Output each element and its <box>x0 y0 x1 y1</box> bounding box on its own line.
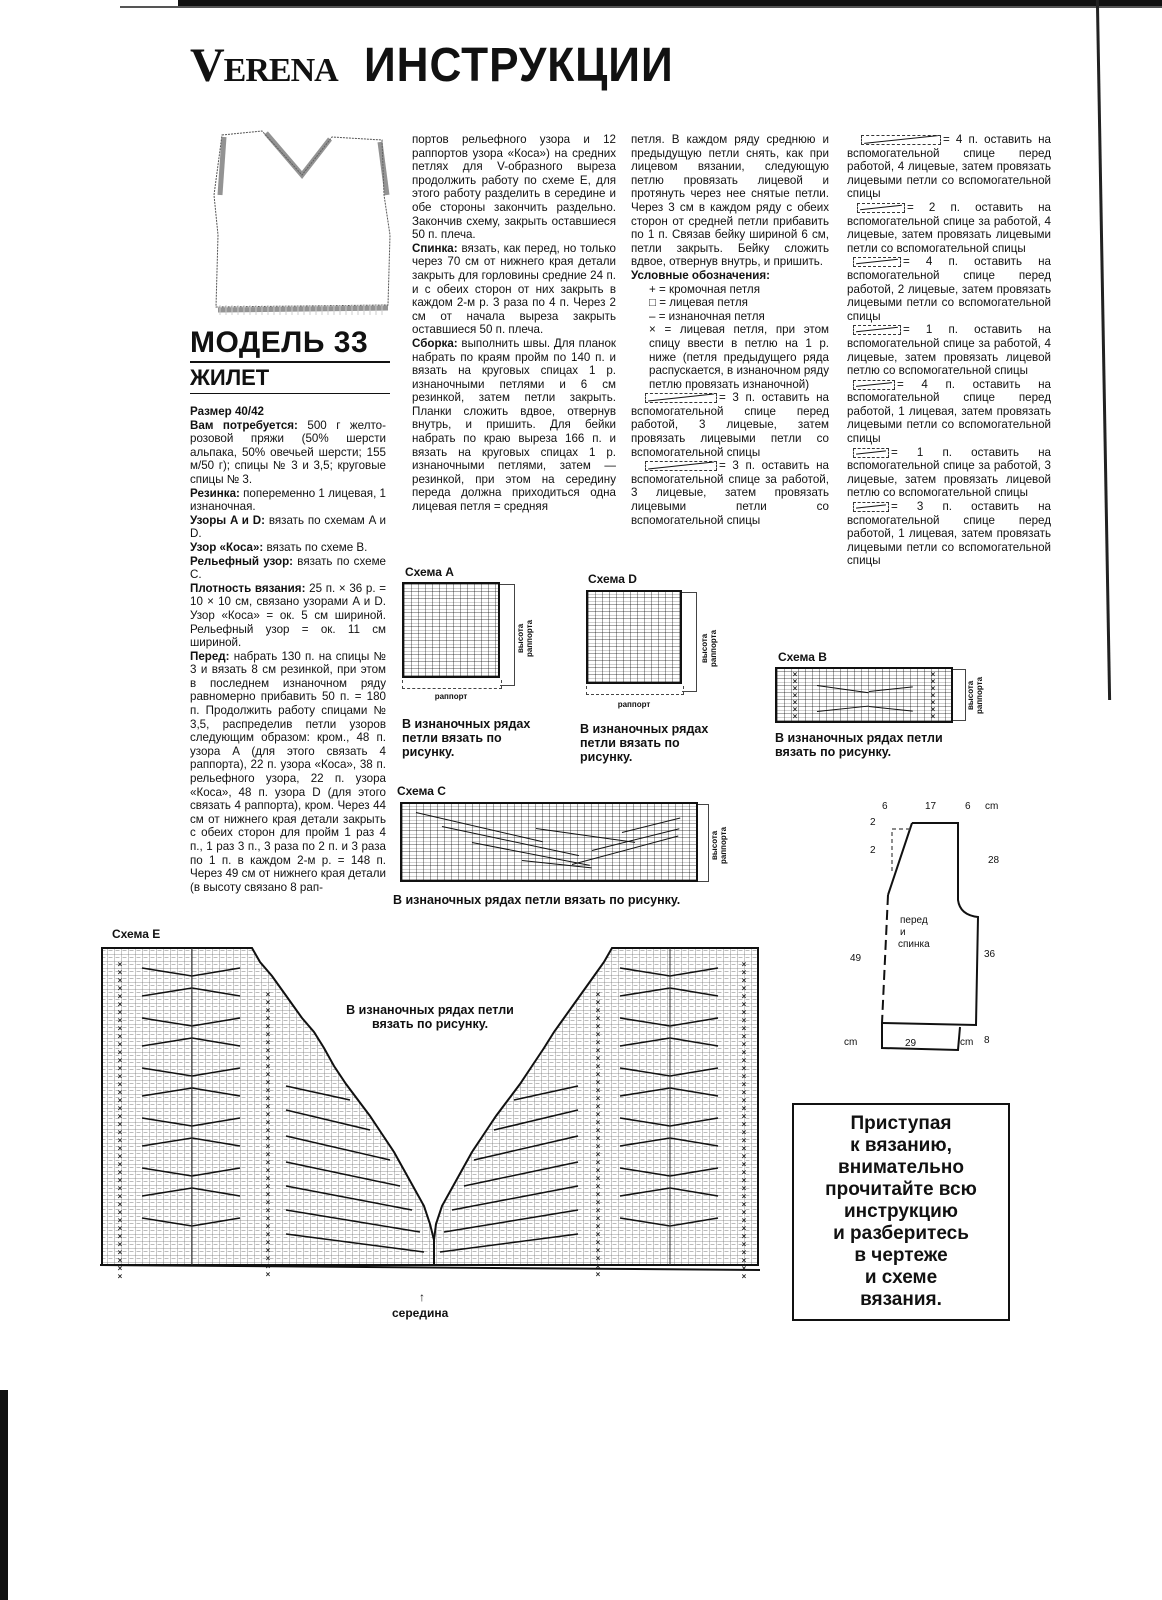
scheme-a-width-label: раппорт <box>402 692 500 701</box>
scheme-d-label: Схема D <box>588 572 637 586</box>
scheme-c-label: Схема C <box>397 784 446 798</box>
scheme-b-height-label: высота раппорта <box>966 670 984 720</box>
scheme-e-label: Схема E <box>112 927 160 941</box>
svg-text:28: 28 <box>988 855 1000 866</box>
tuck-stitch-icon: × <box>649 323 656 336</box>
scheme-e-note: В изнаночных рядах петли вязать по рисун… <box>340 1003 520 1031</box>
legend-item: □ = лицевая петля <box>631 296 829 310</box>
instructions-column-1: Размер 40/42 Вам потребуется: 500 г желт… <box>190 405 386 894</box>
garment-type: ЖИЛЕТ <box>190 363 390 394</box>
cable-cross-front-icon <box>645 393 717 403</box>
scheme-b-note: В изнаночных рядах петли вязать по рисун… <box>775 731 975 759</box>
cable-cross-line <box>536 828 635 843</box>
reminder-callout: Приступая к вязанию, внимательно прочита… <box>792 1103 1010 1321</box>
scheme-d-note: В изнаночных рядах петли вязать по рисун… <box>580 722 730 764</box>
cable-cross-back-icon <box>645 461 717 471</box>
instructions-column-3: петля. В каждом ряду среднюю и предыдущу… <box>631 133 829 527</box>
back-text: вязать, как перед, но только через 70 см… <box>412 242 616 337</box>
scan-edge-right <box>1096 0 1111 700</box>
scheme-e-chart: ××××××××××××××××××××××××××××××××××××××××… <box>100 940 760 1285</box>
svg-text:17: 17 <box>925 801 937 812</box>
svg-text:cm: cm <box>844 1037 857 1048</box>
brand-logo: VERENA <box>190 52 338 89</box>
pattern-piece-diagram: 6 17 6 cm 2 2 49 28 36 8 cm 29 cm перед … <box>840 795 1010 1055</box>
svg-text:перед: перед <box>900 915 928 926</box>
svg-text:29: 29 <box>905 1038 917 1049</box>
scheme-c-chart <box>400 802 698 882</box>
svg-text:cm: cm <box>960 1037 973 1048</box>
front-text: набрать 130 п. на спицы № 3 и вязать 8 с… <box>190 650 386 894</box>
cable-cross-line <box>869 686 913 692</box>
cable-cross-line <box>416 812 543 842</box>
cable-1-back-icon <box>853 325 901 335</box>
scheme-d-chart <box>586 590 682 684</box>
scheme-e-center-label: середина <box>392 1306 448 1320</box>
svg-text:××××××××××××××××××××××××××××××: ×××××××××××××××××××××××××××××××××××× <box>594 990 603 1278</box>
size-label: Размер 40/42 <box>190 405 264 418</box>
scheme-d-height-bracket <box>682 592 697 692</box>
scheme-d-width-label: раппорт <box>586 700 682 709</box>
scheme-a-chart <box>402 582 500 678</box>
tuck-stitch-column: ××××××× <box>929 671 937 721</box>
legend-item: × = лицевая петля, при этом спицу ввести… <box>631 323 829 391</box>
cable-cross-line <box>869 706 913 712</box>
cable-4-front-icon <box>853 380 895 390</box>
legend-title: Условные обозначения: <box>631 269 770 282</box>
cable-cross-line <box>817 706 869 712</box>
svg-text:49: 49 <box>850 953 862 964</box>
legend-item: = 3 п. оставить на вспомогательной спице… <box>631 391 829 459</box>
purl-stitch-icon: – <box>649 310 655 323</box>
model-number: МОДЕЛЬ 33 <box>190 326 390 363</box>
svg-text:2: 2 <box>870 845 876 856</box>
scheme-d-height-label: высота раппорта <box>700 618 718 678</box>
svg-text:8: 8 <box>984 1035 990 1046</box>
center-arrow-icon: ↑ <box>419 1290 425 1304</box>
cable-4-front-icon <box>853 257 901 267</box>
edge-stitch-icon: + <box>649 283 656 296</box>
svg-text:6: 6 <box>965 801 971 812</box>
svg-text:и: и <box>900 927 906 938</box>
svg-text:36: 36 <box>984 949 996 960</box>
legend-item: = 4 п. оставить на вспомогательной спице… <box>847 133 1051 201</box>
scheme-c-height-bracket <box>698 804 709 882</box>
scheme-d-width-bracket <box>586 686 684 695</box>
svg-text:cm: cm <box>985 801 998 812</box>
scan-edge-left <box>0 1390 8 1600</box>
legend-item: = 1 п. оставить на вспомогательной спице… <box>847 323 1051 377</box>
cable-1-back-icon <box>853 448 889 458</box>
scheme-b-chart: ××××××× ××××××× <box>775 667 953 723</box>
scheme-b-label: Схема B <box>778 650 827 664</box>
cable-2-back-icon <box>857 203 905 213</box>
scheme-c-height-label: высота раппорта <box>710 820 728 870</box>
scheme-a-label: Схема A <box>405 565 454 579</box>
instructions-column-2: портов рельефного узора и 12 раппортов у… <box>412 133 616 514</box>
knit-stitch-icon: □ <box>649 296 656 309</box>
page-header: VERENA ИНСТРУКЦИИ <box>190 38 701 93</box>
svg-text:××××××××××××××××××××××××××××××: ×××××××××××××××××××××××××××××××××××× <box>264 990 273 1278</box>
svg-text:6: 6 <box>882 801 888 812</box>
scheme-a-width-bracket <box>402 680 502 689</box>
legend-item: = 4 п. оставить на вспомогательной спице… <box>847 378 1051 446</box>
svg-text:××××××××××××××××××××××××××××××: ×××××××××××××××××××××××××××××××××××××××× <box>740 960 749 1280</box>
model-heading: МОДЕЛЬ 33 ЖИЛЕТ <box>190 326 390 394</box>
scheme-c-note: В изнаночных рядах петли вязать по рисун… <box>393 893 713 907</box>
cable-4-front-icon <box>861 135 941 145</box>
legend-item: = 3 п. оставить на вспомогательной спице… <box>631 459 829 527</box>
svg-text:спинка: спинка <box>898 939 930 950</box>
legend-item: = 4 п. оставить на вспомогательной спице… <box>847 255 1051 323</box>
reminder-text: Приступая к вязанию, внимательно прочита… <box>825 1113 977 1311</box>
section-title: ИНСТРУКЦИИ <box>364 38 674 93</box>
legend-item: = 1 п. оставить на вспомогательной спице… <box>847 446 1051 500</box>
tuck-stitch-column: ××××××× <box>791 671 799 721</box>
instructions-column-4: = 4 п. оставить на вспомогательной спице… <box>847 133 1051 568</box>
legend-item: = 2 п. оставить на вспомогательной спице… <box>847 201 1051 255</box>
legend-item: – = изнаночная петля <box>631 310 829 324</box>
scheme-b-height-bracket <box>953 669 966 721</box>
legend-item: = 3 п. оставить на вспомогательной спице… <box>847 500 1051 568</box>
assembly-text: выполнить швы. Для планок набрать по кра… <box>412 337 616 513</box>
cable-cross-line <box>817 685 869 693</box>
svg-text:2: 2 <box>870 817 876 828</box>
svg-text:××××××××××××××××××××××××××××××: ×××××××××××××××××××××××××××××××××××××××× <box>116 960 125 1280</box>
cable-3-front-icon <box>853 502 889 512</box>
scheme-a-height-label: высота раппорта <box>516 608 534 668</box>
scheme-a-height-bracket <box>500 584 515 686</box>
scan-edge-shadow <box>120 6 1162 8</box>
vest-illustration <box>212 125 394 320</box>
scheme-a-note: В изнаночных рядах петли вязать по рисун… <box>402 717 552 759</box>
legend-item: + = кромочная петля <box>631 283 829 297</box>
